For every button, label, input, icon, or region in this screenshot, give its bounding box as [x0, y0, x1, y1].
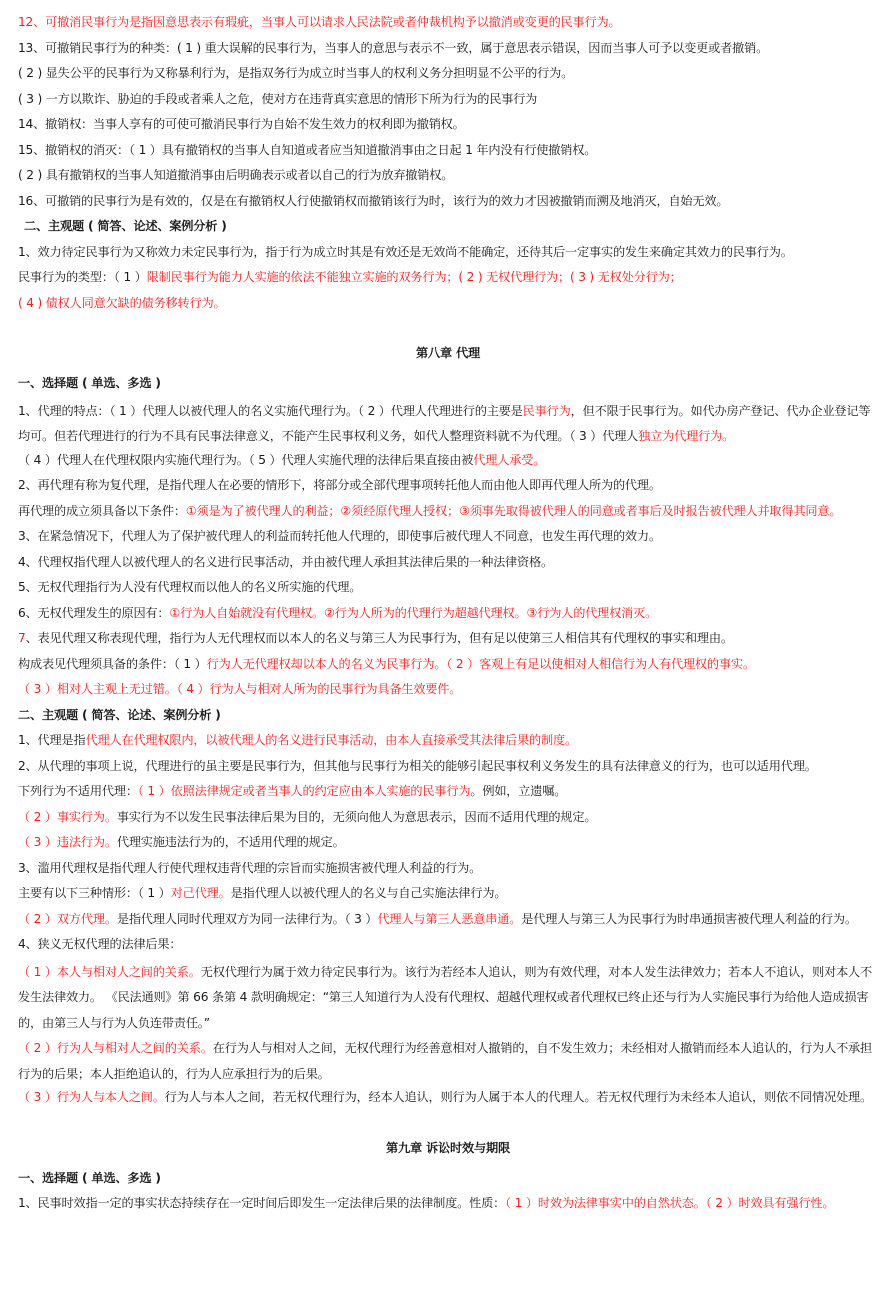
- text-run: 15、撤销权的消灭：（ 1 ）具有撤销权的当事人自知道或者应当知道撤消事由之日起…: [18, 143, 596, 157]
- text-run: 第八章 代理: [416, 346, 480, 360]
- highlighted-text: 行为人无代理权却以本人的名义为民事行为。（ 2 ）客观上有足以使相对人相信行为人…: [207, 657, 755, 671]
- paragraph-line: 再代理的成立须具备以下条件：①须是为了被代理人的利益；②须经原代理人授权；③须事…: [18, 501, 878, 527]
- paragraph-line: （ 2 ）事实行为。事实行为不以发生民事法律后果为目的，无须向他人为意思表示，因…: [18, 807, 878, 833]
- paragraph-line: 构成表见代理须具备的条件：（ 1 ）行为人无代理权却以本人的名义为民事行为。（ …: [18, 654, 878, 680]
- chapter-title: 第九章 诉讼时效与期限: [18, 1138, 878, 1168]
- text-run: 14、撤销权：当事人享有的可使可撤消民事行为自始不发生效力的权利即为撤销权。: [18, 117, 465, 131]
- section-heading: 二、主观题 ( 简答、论述、案例分析 ): [18, 216, 878, 242]
- text-run: 4、狭义无权代理的法律后果：: [18, 937, 181, 951]
- text-run: （ 4 ）代理人在代理权限内实施代理行为。（ 5 ）代理人实施代理的法律后果直接…: [18, 453, 473, 467]
- text-run: ( 3 ) 一方以欺诈、胁迫的手段或者乘人之危，使对方在违背真实意思的情形下所为…: [18, 92, 537, 106]
- highlighted-text: 对己代理。: [171, 886, 231, 900]
- text-run: 是代理人与第三人为民事行为时串通损害被代理人利益的行为。: [521, 912, 857, 926]
- highlighted-text: （ 1 ）本人与相对人之间的关系。: [18, 965, 201, 979]
- paragraph-line: 1、代理是指代理人在代理权限内，以被代理人的名义进行民事活动，由本人直接承受其法…: [18, 730, 878, 756]
- spacer: [18, 1113, 878, 1138]
- paragraph-line: 4、狭义无权代理的法律后果：: [18, 934, 878, 960]
- highlighted-text: 限制民事行为能力人实施的依法不能独立实施的双务行为；( 2 ) 无权代理行为；(…: [147, 270, 682, 284]
- section-heading: 一、选择题 ( 单选、多选 ): [18, 373, 878, 399]
- paragraph-line: 1、效力待定民事行为又称效力未定民事行为，指于行为成立时其是有效还是无效尚不能确…: [18, 242, 878, 268]
- paragraph-line: 下列行为不适用代理：（ 1 ）依照法律规定或者当事人的约定应由本人实施的民事行为…: [18, 781, 878, 807]
- paragraph-line: 15、撤销权的消灭：（ 1 ）具有撤销权的当事人自知道或者应当知道撤消事由之日起…: [18, 140, 878, 166]
- text-run: 2、从代理的事项上说，代理进行的虽主要是民事行为，但其他与民事行为相关的能够引起…: [18, 759, 817, 773]
- text-run: 5、无权代理指行为人没有代理权而以他人的名义所实施的代理。: [18, 580, 361, 594]
- paragraph-line: 2、再代理有称为复代理，是指代理人在必要的情形下，将部分或全部代理事项转托他人而…: [18, 475, 878, 501]
- text-run: 1、民事时效指一定的事实状态持续存在一定时间后即发生一定法律后果的法律制度。性质…: [18, 1196, 505, 1210]
- spacer: [18, 318, 878, 343]
- paragraph-line: 民事行为的类型：（ 1 ）限制民事行为能力人实施的依法不能独立实施的双务行为；(…: [18, 267, 878, 293]
- text-run: 下列行为不适用代理：: [18, 784, 138, 798]
- text-run: 3、在紧急情况下，代理人为了保护被代理人的利益而转托他人代理的，即使事后被代理人…: [18, 529, 661, 543]
- text-run: 。例如，立遗嘱。: [470, 784, 566, 798]
- text-run: 二、主观题 ( 简答、论述、案例分析 ): [24, 219, 227, 233]
- paragraph-line: 13、可撤销民事行为的种类：( 1 ) 重大误解的民事行为，当事人的意思与表示不…: [18, 38, 878, 64]
- paragraph-line: 16、可撤销的民事行为是有效的，仅是在有撤销权人行使撤销权而撤销该行为时，该行为…: [18, 191, 878, 217]
- highlighted-text: 12、可撤消民事行为是指因意思表示有瑕疵，当事人可以请求人民法院或者仲裁机构予以…: [18, 15, 621, 29]
- text-run: 行为人与本人之间，若无权代理行为，经本人追认，则行为人属于本人的代理人。若无权代…: [165, 1090, 872, 1104]
- text-run: 一、选择题 ( 单选、多选 ): [18, 1171, 161, 1185]
- highlighted-text: ①须是为了被代理人的利益；②须经原代理人授权；③须事先取得被代理人的同意或者事后…: [186, 504, 842, 518]
- paragraph-line: 5、无权代理指行为人没有代理权而以他人的名义所实施的代理。: [18, 577, 878, 603]
- text-run: 代理实施违法行为的，不适用代理的规定。: [117, 835, 345, 849]
- paragraph-line: （ 3 ）行为人与本人之间。行为人与本人之间，若无权代理行为，经本人追认，则行为…: [18, 1087, 878, 1113]
- text-run: ( 2 ) 具有撤销权的当事人知道撤消事由后明确表示或者以自己的行为放弃撤销权。: [18, 168, 453, 182]
- text-run: 是指代理人以被代理人的名义与自己实施法律行为。: [231, 886, 507, 900]
- section-heading: 二、主观题 ( 简答、论述、案例分析 ): [18, 705, 878, 731]
- paragraph-line: 12、可撤消民事行为是指因意思表示有瑕疵，当事人可以请求人民法院或者仲裁机构予以…: [18, 12, 878, 38]
- paragraph: 1、代理的特点：（ 1 ）代理人以被代理人的名义实施代理行为。（ 2 ）代理人代…: [18, 399, 878, 450]
- chapter-title: 第八章 代理: [18, 343, 878, 373]
- text-run: 1、代理的特点：（ 1 ）代理人以被代理人的名义实施代理行为。（ 2 ）代理人代…: [18, 404, 523, 418]
- paragraph-line: 3、在紧急情况下，代理人为了保护被代理人的利益而转托他人代理的，即使事后被代理人…: [18, 526, 878, 552]
- paragraph-line: 6、无权代理发生的原因有：①行为人自始就没有代理权。②行为人所为的代理行为超越代…: [18, 603, 878, 629]
- highlighted-text: ( 4 ) 债权人同意欠缺的债务移转行为。: [18, 296, 226, 310]
- text-run: 再代理的成立须具备以下条件：: [18, 504, 186, 518]
- highlighted-text: 7: [18, 631, 26, 645]
- highlighted-text: （ 3 ）相对人主观上无过错。（ 4 ）行为人与相对人所为的民事行为具备生效要件…: [18, 682, 461, 696]
- paragraph-line: 主要有以下三种情形：（ 1 ）对己代理。是指代理人以被代理人的名义与自己实施法律…: [18, 883, 878, 909]
- highlighted-text: （ 1 ）时效为法律事实中的自然状态。（ 2 ）时效具有强行性。: [505, 1196, 834, 1210]
- highlighted-text: 代理人在代理权限内，以被代理人的名义进行民事活动，由本人直接承受其法律后果的制度…: [86, 733, 578, 747]
- highlighted-text: （ 2 ）事实行为。: [18, 810, 117, 824]
- paragraph-line: ( 4 ) 债权人同意欠缺的债务移转行为。: [18, 293, 878, 319]
- text-run: 第九章 诉讼时效与期限: [386, 1141, 510, 1155]
- text-run: 13、可撤销民事行为的种类：( 1 ) 重大误解的民事行为，当事人的意思与表示不…: [18, 41, 768, 55]
- text-run: 、表见代理又称表现代理，指行为人无代理权而以本人的名义与第三人为民事行为，但有足…: [26, 631, 733, 645]
- text-run: 3、滥用代理权是指代理人行使代理权违背代理的宗旨而实施损害被代理人利益的行为。: [18, 861, 481, 875]
- text-run: 一、选择题 ( 单选、多选 ): [18, 376, 161, 390]
- paragraph-line: 7、表见代理又称表现代理，指行为人无代理权而以本人的名义与第三人为民事行为，但有…: [18, 628, 878, 654]
- text-run: 2、再代理有称为复代理，是指代理人在必要的情形下，将部分或全部代理事项转托他人而…: [18, 478, 661, 492]
- text-run: 二、主观题 ( 简答、论述、案例分析 ): [18, 708, 221, 722]
- paragraph-line: 14、撤销权：当事人享有的可使可撤消民事行为自始不发生效力的权利即为撤销权。: [18, 114, 878, 140]
- paragraph: （ 1 ）本人与相对人之间的关系。无权代理行为属于效力待定民事行为。该行为若经本…: [18, 960, 878, 1037]
- paragraph-line: （ 2 ）双方代理。是指代理人同时代理双方为同一法律行为。（ 3 ）代理人与第三…: [18, 909, 878, 935]
- paragraph-line: ( 2 ) 显失公平的民事行为又称暴利行为，是指双务行为成立时当事人的权利义务分…: [18, 63, 878, 89]
- paragraph-line: （ 3 ）相对人主观上无过错。（ 4 ）行为人与相对人所为的民事行为具备生效要件…: [18, 679, 878, 705]
- highlighted-text: 民事行为: [523, 404, 571, 418]
- paragraph-line: 2、从代理的事项上说，代理进行的虽主要是民事行为，但其他与民事行为相关的能够引起…: [18, 756, 878, 782]
- paragraph-line: 4、代理权指代理人以被代理人的名义进行民事活动，并由被代理人承担其法律后果的一种…: [18, 552, 878, 578]
- highlighted-text: 代理人承受。: [473, 453, 545, 467]
- paragraph-line: 1、民事时效指一定的事实状态持续存在一定时间后即发生一定法律后果的法律制度。性质…: [18, 1193, 878, 1219]
- document-page: 12、可撤消民事行为是指因意思表示有瑕疵，当事人可以请求人民法院或者仲裁机构予以…: [18, 12, 878, 1219]
- highlighted-text: （ 2 ）双方代理。: [18, 912, 117, 926]
- text-run: 16、可撤销的民事行为是有效的，仅是在有撤销权人行使撤销权而撤销该行为时，该行为…: [18, 194, 728, 208]
- highlighted-text: （ 3 ）行为人与本人之间。: [18, 1090, 165, 1104]
- text-run: 1、效力待定民事行为又称效力未定民事行为，指于行为成立时其是有效还是无效尚不能确…: [18, 245, 793, 259]
- highlighted-text: 独立为代理行为。: [638, 429, 734, 443]
- highlighted-text: （ 1 ）依照法律规定或者当事人的约定应由本人实施的民事行为: [138, 784, 470, 798]
- text-run: 6、无权代理发生的原因有：: [18, 606, 169, 620]
- highlighted-text: （ 3 ）违法行为。: [18, 835, 117, 849]
- text-run: 主要有以下三种情形：（ 1 ）: [18, 886, 171, 900]
- paragraph-line: （ 3 ）违法行为。代理实施违法行为的，不适用代理的规定。: [18, 832, 878, 858]
- text-run: 事实行为不以发生民事法律后果为目的，无须向他人为意思表示，因而不适用代理的规定。: [117, 810, 597, 824]
- text-run: 是指代理人同时代理双方为同一法律行为。（ 3 ）: [117, 912, 378, 926]
- text-run: 构成表见代理须具备的条件：（ 1 ）: [18, 657, 207, 671]
- paragraph-line: ( 3 ) 一方以欺诈、胁迫的手段或者乘人之危，使对方在违背真实意思的情形下所为…: [18, 89, 878, 115]
- text-run: 4、代理权指代理人以被代理人的名义进行民事活动，并由被代理人承担其法律后果的一种…: [18, 555, 553, 569]
- section-heading: 一、选择题 ( 单选、多选 ): [18, 1168, 878, 1194]
- highlighted-text: 代理人与第三人恶意串通。: [377, 912, 521, 926]
- text-run: 民事行为的类型：（ 1 ）: [18, 270, 147, 284]
- paragraph-line: 3、滥用代理权是指代理人行使代理权违背代理的宗旨而实施损害被代理人利益的行为。: [18, 858, 878, 884]
- highlighted-text: （ 2 ）行为人与相对人之间的关系。: [18, 1041, 213, 1055]
- paragraph: （ 2 ）行为人与相对人之间的关系。在行为人与相对人之间，无权代理行为经善意相对…: [18, 1036, 878, 1087]
- highlighted-text: ①行为人自始就没有代理权。②行为人所为的代理行为超越代理权。③行为人的代理权消灭…: [169, 606, 657, 620]
- text-run: ( 2 ) 显失公平的民事行为又称暴利行为，是指双务行为成立时当事人的权利义务分…: [18, 66, 573, 80]
- text-run: 1、代理是指: [18, 733, 86, 747]
- paragraph-line: （ 4 ）代理人在代理权限内实施代理行为。（ 5 ）代理人实施代理的法律后果直接…: [18, 450, 878, 476]
- paragraph-line: ( 2 ) 具有撤销权的当事人知道撤消事由后明确表示或者以自己的行为放弃撤销权。: [18, 165, 878, 191]
